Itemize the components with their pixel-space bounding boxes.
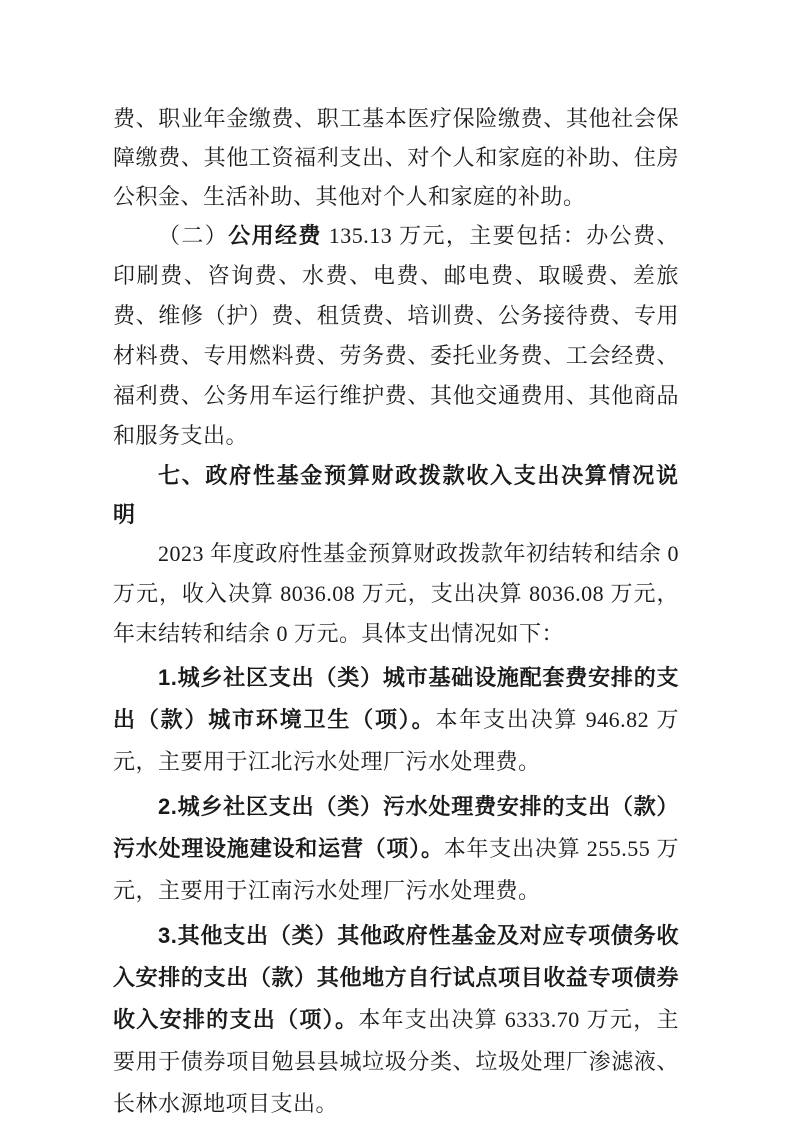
text-segment: （二） bbox=[158, 223, 228, 248]
paragraph-wage-benefit-continuation: 费、职业年金缴费、职工基本医疗保险缴费、其他社会保障缴费、其他工资福利支出、对个… bbox=[113, 99, 679, 216]
paragraph-section-seven-heading: 七、政府性基金预算财政拨款收入支出决算情况说明 bbox=[113, 456, 679, 534]
paragraph-fund-item-2: 2.城乡社区支出（类）污水处理费安排的支出（款）污水处理设施建设和运营（项）。本… bbox=[113, 786, 679, 912]
paragraph-fund-budget-summary: 2023 年度政府性基金预算财政拨款年初结转和结余 0 万元，收入决算 8036… bbox=[113, 534, 679, 654]
bold-text-segment: 公用经费 bbox=[228, 223, 322, 248]
paragraph-fund-item-3: 3.其他支出（类）其他政府性基金及对应专项债务收入安排的支出（款）其他地方自行试… bbox=[113, 915, 679, 1122]
document-page: 费、职业年金缴费、职工基本医疗保险缴费、其他社会保障缴费、其他工资福利支出、对个… bbox=[0, 0, 793, 1122]
bold-text-segment: 七、政府性基金预算财政拨款收入支出决算情况说明 bbox=[113, 463, 679, 527]
document-body: 费、职业年金缴费、职工基本医疗保险缴费、其他社会保障缴费、其他工资福利支出、对个… bbox=[113, 99, 679, 1122]
text-segment: 2023 年度政府性基金预算财政拨款年初结转和结余 0 万元，收入决算 8036… bbox=[113, 541, 679, 646]
paragraph-public-funds: （二）公用经费 135.13 万元，主要包括：办公费、印刷费、咨询费、水费、电费… bbox=[113, 216, 679, 456]
paragraph-fund-item-1: 1.城乡社区支出（类）城市基础设施配套费安排的支出（款）城市环境卫生（项）。本年… bbox=[113, 657, 679, 783]
text-segment: 135.13 万元，主要包括：办公费、印刷费、咨询费、水费、电费、邮电费、取暖费… bbox=[113, 223, 679, 448]
text-segment: 费、职业年金缴费、职工基本医疗保险缴费、其他社会保障缴费、其他工资福利支出、对个… bbox=[113, 106, 679, 209]
